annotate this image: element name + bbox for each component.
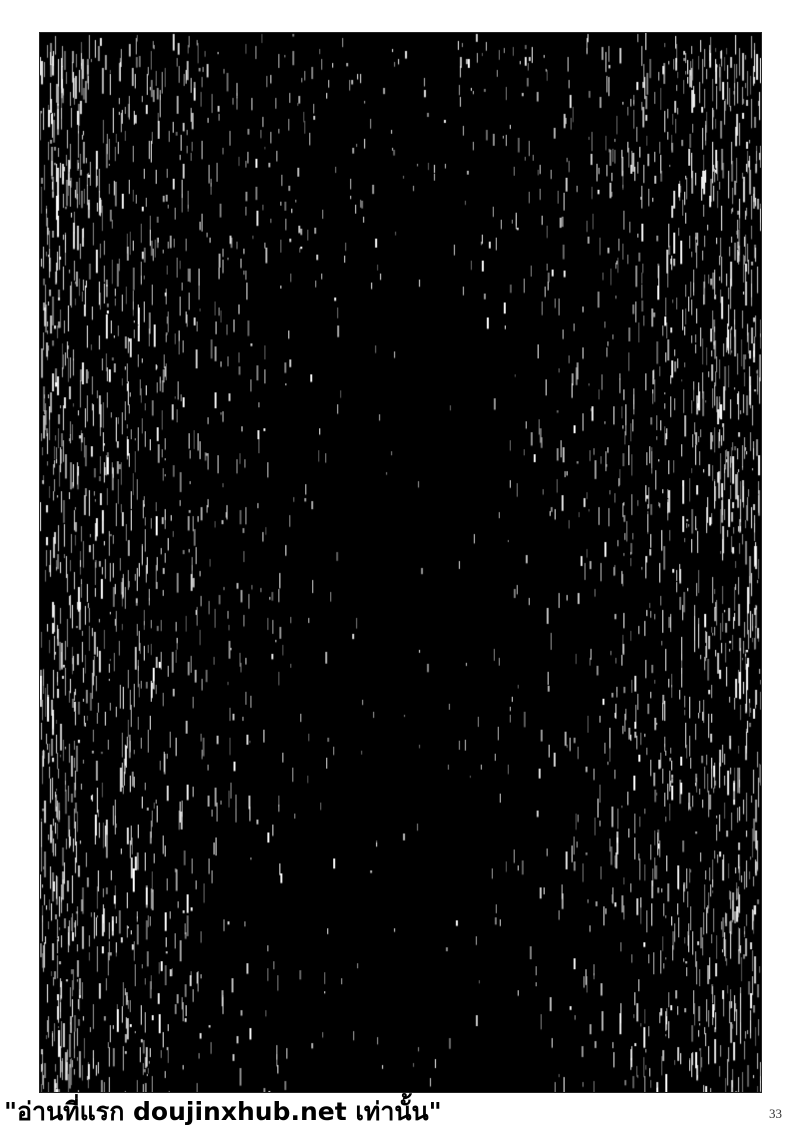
- page-number: 33: [769, 1106, 782, 1122]
- streak-texture: [40, 33, 761, 1092]
- comic-panel: [39, 32, 762, 1093]
- comic-page: "อ่านที่แรก doujinxhub.net เท่านั้น" 33: [0, 0, 800, 1133]
- site-watermark: "อ่านที่แรก doujinxhub.net เท่านั้น": [4, 1096, 442, 1128]
